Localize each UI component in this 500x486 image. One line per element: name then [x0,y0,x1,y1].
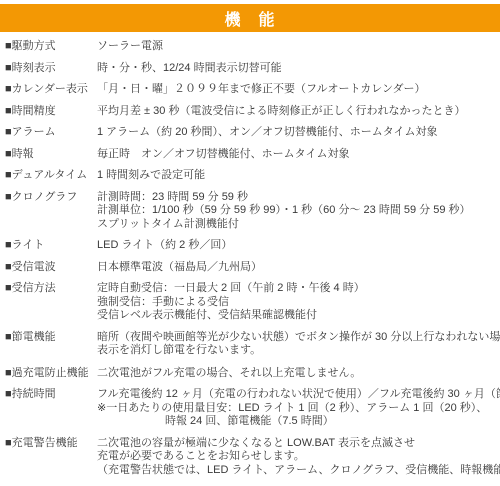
spec-label: ■アラーム [5,126,97,140]
spec-value-line: 表示を消灯し節電を行ないます。 [97,344,500,358]
spec-value-line: 暗所（夜間や映画館等光が少ない状態）でボタン操作が 30 分以上行なわれない場合… [97,331,500,345]
spec-value-line: 受信レベル表示機能付、受信結果確認機能付 [97,309,497,323]
spec-label: ■節電機能 [5,331,97,358]
spec-value-line: ※一日あたりの使用量目安：LED ライト 1 回（2 秒）、アラーム 1 回（2… [97,402,500,416]
spec-row-chronograph: ■クロノグラフ 計測時間：23 時間 59 分 59 秒 計測単位：1/100 … [5,191,497,232]
spec-value-line: 計測単位：1/100 秒（59 分 59 秒 99）・1 秒（60 分〜 23 … [97,204,497,218]
spec-row-light: ■ライト LED ライト（約 2 秒／回） [5,239,497,253]
spec-value-line: 強制受信：手動による受信 [97,296,497,310]
spec-value-line: LED ライト（約 2 秒／回） [97,239,497,253]
spec-label: ■受信電波 [5,261,97,275]
spec-value-line: 1 時間刻みで設定可能 [97,169,497,183]
spec-value-line: （充電警告状態では、LED ライト、アラーム、クロノグラフ、受信機能、時報機能は… [97,464,500,478]
spec-value-line: 平均月差 ± 30 秒（電波受信による時刻修正が正しく行われなかったとき） [97,105,497,119]
spec-row-hourly-signal: ■時報 毎正時 オン／オフ切替機能付、ホームタイム対象 [5,148,497,162]
spec-value: ソーラー電源 [97,40,497,54]
spec-value: フル充電後約 12 ヶ月（充電の行われない状況で使用）／フル充電後約 30 ヶ月… [97,388,500,429]
spec-value-line: 1 アラーム（約 20 秒間）、オン／オフ切替機能付、ホームタイム対象 [97,126,497,140]
spec-value: 二次電池がフル充電の場合、それ以上充電しません。 [97,367,497,381]
spec-row-battery-duration: ■持続時間 フル充電後約 12 ヶ月（充電の行われない状況で使用）／フル充電後約… [5,388,497,429]
spec-value-line: 定時自動受信：一日最大 2 回（午前 2 時・午後 4 時） [97,282,497,296]
spec-value-line: 計測時間：23 時間 59 分 59 秒 [97,191,497,205]
spec-value: LED ライト（約 2 秒／回） [97,239,497,253]
spec-value: 1 アラーム（約 20 秒間）、オン／オフ切替機能付、ホームタイム対象 [97,126,497,140]
spec-value-line: 毎正時 オン／オフ切替機能付、ホームタイム対象 [97,148,497,162]
spec-value: 平均月差 ± 30 秒（電波受信による時刻修正が正しく行われなかったとき） [97,105,497,119]
spec-label: ■持続時間 [5,388,97,429]
spec-row-charge-warning: ■充電警告機能 二次電池の容量が極端に少なくなると LOW.BAT 表示を点滅さ… [5,437,497,478]
spec-label: ■時刻表示 [5,62,97,76]
spec-row-time-display: ■時刻表示 時・分・秒、12/24 時間表示切替可能 [5,62,497,76]
spec-value-line: 時報 24 回、節電機能（7.5 時間） [165,415,500,429]
spec-value: 暗所（夜間や映画館等光が少ない状態）でボタン操作が 30 分以上行なわれない場合… [97,331,500,358]
spec-table: ■駆動方式 ソーラー電源 ■時刻表示 時・分・秒、12/24 時間表示切替可能 … [0,32,500,477]
spec-value-line: 二次電池の容量が極端に少なくなると LOW.BAT 表示を点滅させ [97,437,500,451]
spec-value: 「月・日・曜」２０９９年まで修正不要（フルオートカレンダー） [97,83,497,97]
spec-label: ■時間精度 [5,105,97,119]
spec-value-line: ソーラー電源 [97,40,497,54]
spec-value: 1 時間刻みで設定可能 [97,169,497,183]
spec-label: ■受信方法 [5,282,97,323]
spec-label: ■充電警告機能 [5,437,97,478]
spec-value-line: 「月・日・曜」２０９９年まで修正不要（フルオートカレンダー） [97,83,497,97]
spec-value: 時・分・秒、12/24 時間表示切替可能 [97,62,497,76]
spec-value: 計測時間：23 時間 59 分 59 秒 計測単位：1/100 秒（59 分 5… [97,191,497,232]
spec-row-dual-time: ■デュアルタイム 1 時間刻みで設定可能 [5,169,497,183]
spec-row-calendar: ■カレンダー表示 「月・日・曜」２０９９年まで修正不要（フルオートカレンダー） [5,83,497,97]
spec-label: ■時報 [5,148,97,162]
spec-label: ■駆動方式 [5,40,97,54]
spec-value-line: 時・分・秒、12/24 時間表示切替可能 [97,62,497,76]
spec-row-accuracy: ■時間精度 平均月差 ± 30 秒（電波受信による時刻修正が正しく行われなかった… [5,105,497,119]
spec-row-radio-wave: ■受信電波 日本標準電波（福島局／九州局） [5,261,497,275]
spec-label: ■クロノグラフ [5,191,97,232]
section-title: 機 能 [224,7,275,30]
spec-row-drive: ■駆動方式 ソーラー電源 [5,40,497,54]
spec-value: 日本標準電波（福島局／九州局） [97,261,497,275]
spec-value-line: 日本標準電波（福島局／九州局） [97,261,497,275]
spec-label: ■過充電防止機能 [5,367,97,381]
spec-value: 定時自動受信：一日最大 2 回（午前 2 時・午後 4 時） 強制受信：手動によ… [97,282,497,323]
section-header: 機 能 [0,4,500,32]
spec-row-alarm: ■アラーム 1 アラーム（約 20 秒間）、オン／オフ切替機能付、ホームタイム対… [5,126,497,140]
spec-value: 二次電池の容量が極端に少なくなると LOW.BAT 表示を点滅させ 充電が必要で… [97,437,500,478]
spec-value-line: 充電が必要であることをお知らせします。 [97,450,500,464]
spec-value-line: スプリットタイム計測機能付 [97,218,497,232]
spec-label: ■ライト [5,239,97,253]
spec-label: ■デュアルタイム [5,169,97,183]
spec-row-power-saving: ■節電機能 暗所（夜間や映画館等光が少ない状態）でボタン操作が 30 分以上行な… [5,331,497,358]
spec-value: 毎正時 オン／オフ切替機能付、ホームタイム対象 [97,148,497,162]
spec-value-line: 二次電池がフル充電の場合、それ以上充電しません。 [97,367,497,381]
spec-row-reception-method: ■受信方法 定時自動受信：一日最大 2 回（午前 2 時・午後 4 時） 強制受… [5,282,497,323]
spec-value-line: フル充電後約 12 ヶ月（充電の行われない状況で使用）／フル充電後約 30 ヶ月… [97,388,500,402]
spec-row-overcharge-prevention: ■過充電防止機能 二次電池がフル充電の場合、それ以上充電しません。 [5,367,497,381]
spec-label: ■カレンダー表示 [5,83,97,97]
